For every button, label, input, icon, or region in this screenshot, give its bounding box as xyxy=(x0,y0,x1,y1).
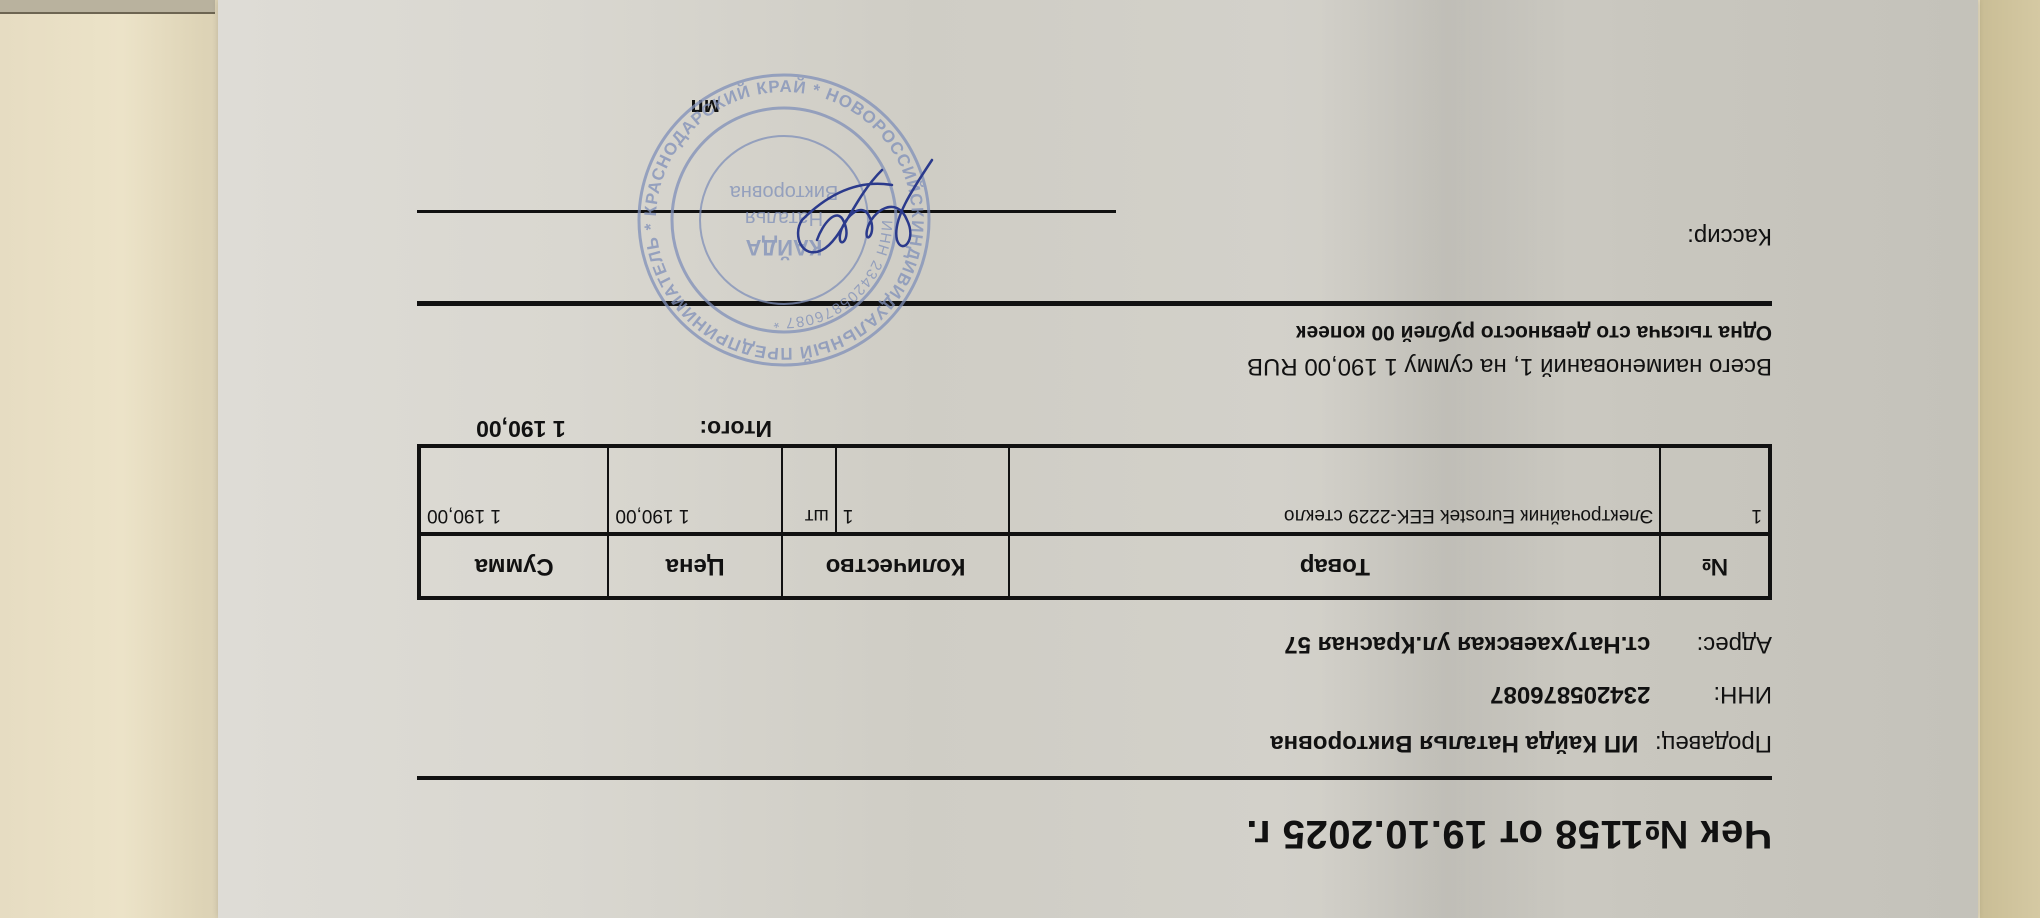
total-row: Итого: 1 190,00 xyxy=(476,415,772,442)
header-quantity: Количество xyxy=(782,534,1010,598)
header-product: Товар xyxy=(1009,534,1660,598)
divider xyxy=(417,301,1772,306)
signature-icon xyxy=(792,140,952,280)
total-value: 1 190,00 xyxy=(476,416,566,442)
address-label: Адрес: xyxy=(1657,630,1772,658)
total-label: Итого: xyxy=(572,415,772,442)
row-product: Электрочайник Eurostek EEK-2229 стекло xyxy=(1009,446,1660,534)
row-num: 1 xyxy=(1660,446,1770,534)
address-row: Адрес: ст.Натухаевская ул.Красная 57 xyxy=(1284,630,1772,658)
row-sum: 1 190,00 xyxy=(419,446,608,534)
receipt-document: Чек №1158 от 19.10.2025 г. Продавец: ИП … xyxy=(412,40,1772,880)
seller-row: Продавец: ИП Кайда Наталья Викторовна xyxy=(1270,729,1772,757)
inn-row: ИНН: 234205876087 xyxy=(1490,680,1772,708)
row-quantity: 1 xyxy=(836,446,1010,534)
address-value: ст.Натухаевская ул.Красная 57 xyxy=(1284,631,1650,658)
divider xyxy=(417,776,1772,780)
items-table: № Товар Количество Цена Сумма 1 Электроч… xyxy=(417,444,1772,600)
seller-label: Продавец: xyxy=(1655,729,1772,757)
seller-value: ИП Кайда Наталья Викторовна xyxy=(1270,730,1638,757)
desk-surface xyxy=(1980,0,2040,918)
items-summary: Всего наименований 1, на сумму 1 190,00 … xyxy=(1247,352,1772,380)
table-row: 1 Электрочайник Eurostek EEK-2229 стекло… xyxy=(419,446,1770,534)
inn-label: ИНН: xyxy=(1657,680,1772,708)
header-price: Цена xyxy=(608,534,781,598)
row-price: 1 190,00 xyxy=(608,446,781,534)
inn-value: 234205876087 xyxy=(1490,681,1650,708)
header-sum: Сумма xyxy=(419,534,608,598)
table-header-row: № Товар Количество Цена Сумма xyxy=(419,534,1770,598)
row-unit: шт xyxy=(782,446,836,534)
cashier-label: Кассир: xyxy=(1687,222,1772,250)
desk-edge xyxy=(0,0,215,14)
header-num: № xyxy=(1660,534,1770,598)
receipt-title: Чек №1158 от 19.10.2025 г. xyxy=(1246,811,1772,856)
amount-in-words: Одна тысяча сто девяносто рублей 00 копе… xyxy=(1296,320,1772,344)
